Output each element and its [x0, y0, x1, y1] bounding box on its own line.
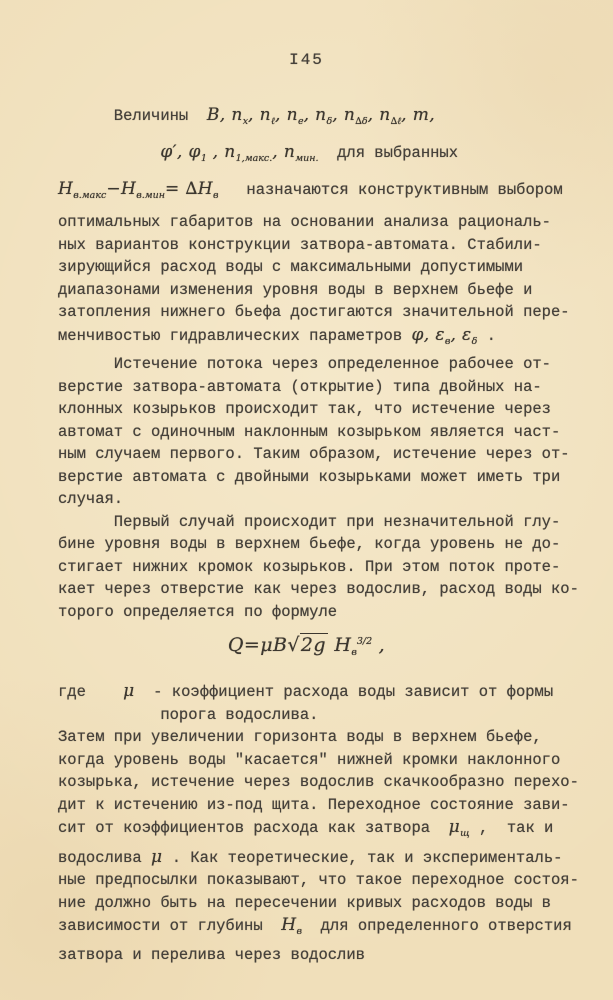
typewriter-text: козырька, истечение через водослив скачк…: [58, 773, 579, 791]
typewriter-text: автомат с одиночным наклонным козырьком …: [58, 423, 560, 441]
typewriter-text: где: [58, 683, 123, 701]
math-symbol: , nδ: [304, 105, 333, 125]
math-symbol: Hв3/2: [328, 634, 372, 656]
text-line: верстие автомата с двойными козырьками м…: [58, 466, 613, 489]
typewriter-text: ных вариантов конструкции затвора-автома…: [58, 236, 542, 254]
text-line: кает через отверстие как через водослив,…: [58, 578, 613, 601]
typewriter-text: дит к истечению из-под щита. Переходное …: [58, 796, 570, 814]
text-line: козырька, истечение через водослив скачк…: [58, 771, 613, 794]
math-symbol: = ∆Hв: [165, 179, 218, 199]
math-symbol: , n∆ℓ: [368, 105, 402, 125]
text-line: φ′, φ1 , n1,макс., nмин. для выбранных: [58, 137, 613, 174]
math-symbol: μ: [151, 847, 162, 867]
text-line: клонных козырьков происходит так, что ис…: [58, 398, 613, 421]
typewriter-text: для выбранных: [319, 144, 459, 162]
math-symbol: φ, εв: [411, 325, 450, 345]
typewriter-text: ные предпосылки показывают, что такое пе…: [58, 871, 579, 889]
text-line: диапазонами изменения уровня воды в верх…: [58, 279, 613, 302]
text-line: затвора и перелива через водослив: [58, 944, 613, 967]
typewriter-text: оптимальных габаритов на основании анали…: [58, 213, 551, 231]
text-line: ние должно быть на пересечении кривых ра…: [58, 892, 613, 915]
typewriter-text: Истечение потока через определенное рабо…: [58, 355, 551, 373]
text-line: ные предпосылки показывают, что такое пе…: [58, 869, 613, 892]
typewriter-text: , так и: [470, 819, 554, 837]
math-symbol: , ne: [275, 105, 304, 125]
typewriter-text: зависимости от глубины: [58, 917, 281, 935]
math-symbol: , εδ: [450, 325, 477, 345]
text-line: ным случаем первого. Таким образом, исте…: [58, 443, 613, 466]
text-line: торого определяется по формуле: [58, 601, 613, 624]
typewriter-text: сит от коэффициентов расхода как затвора: [58, 819, 449, 837]
typewriter-text: бине уровня воды в верхнем бьефе, когда …: [58, 535, 560, 553]
typewriter-text: клонных козырьков происходит так, что ис…: [58, 400, 551, 418]
typewriter-text: .: [477, 327, 496, 345]
text-line: зависимости от глубины Hв для определенн…: [58, 914, 613, 944]
math-symbol: μ: [123, 681, 134, 701]
text-line: зирующийся расход воды с максимальными д…: [58, 256, 613, 279]
text-line: водослива μ . Как теоретические, так и э…: [58, 846, 613, 870]
math-symbol: , nℓ: [248, 105, 275, 125]
typewriter-text: торого определяется по формуле: [58, 603, 337, 621]
text-line: затопления нижнего бьефа достигаются зна…: [58, 301, 613, 324]
typewriter-text: зирующийся расход воды с максимальными д…: [58, 258, 523, 276]
text-line: сит от коэффициентов расхода как затвора…: [58, 816, 613, 846]
typewriter-text: верстие автомата с двойными козырьками м…: [58, 468, 560, 486]
text-line: случая.: [58, 488, 613, 511]
typewriter-text: . Как теоретические, так и экспериментал…: [162, 849, 562, 867]
text-line: менчивостью гидравлических параметров φ,…: [58, 324, 613, 354]
text-line: порога водослива.: [58, 704, 613, 727]
text-line: стигает нижних кромок козырьков. При это…: [58, 556, 613, 579]
typewriter-text: кает через отверстие как через водослив,…: [58, 580, 579, 598]
typewriter-text: менчивостью гидравлических параметров: [58, 327, 411, 345]
text-line: Величины В, nx, nℓ, ne, nδ, n∆δ, n∆ℓ, m,: [58, 100, 613, 137]
text-line: Первый случай происходит при незначитель…: [58, 511, 613, 534]
text-line: оптимальных габаритов на основании анали…: [58, 211, 613, 234]
text-line: бине уровня воды в верхнем бьефе, когда …: [58, 533, 613, 556]
typewriter-text: случая.: [58, 490, 123, 508]
text-line: когда уровень воды "касается" нижней кро…: [58, 749, 613, 772]
typewriter-text: стигает нижних кромок козырьков. При это…: [58, 558, 560, 576]
math-symbol: Hв: [281, 915, 302, 935]
typewriter-text: Первый случай происходит при незначитель…: [58, 513, 560, 531]
text-block: Величины В, nx, nℓ, ne, nδ, n∆δ, n∆ℓ, m,…: [58, 100, 613, 966]
math-symbol: φ′, φ1: [160, 142, 207, 162]
math-symbol: μщ: [449, 817, 470, 837]
text-line: автомат с одиночным наклонным козырьком …: [58, 421, 613, 444]
typewriter-text: [58, 144, 160, 162]
typewriter-text: затопления нижнего бьефа достигаются зна…: [58, 303, 570, 321]
typewriter-text: когда уровень воды "касается" нижней кро…: [58, 751, 560, 769]
math-symbol: , n1,макс.: [207, 142, 272, 162]
text-line: где μ - коэффициент расхода воды зависит…: [58, 680, 613, 704]
typewriter-text: назначаются конструктивным выбором: [219, 181, 563, 199]
text-line: ных вариантов конструкции затвора-автома…: [58, 234, 613, 257]
math-symbol: −Hв.мин: [106, 179, 165, 199]
typewriter-text: Затем при увеличении горизонта воды в ве…: [58, 728, 542, 746]
typewriter-text: порога водослива.: [58, 706, 318, 724]
math-symbol: ,: [372, 634, 385, 656]
math-symbol: , nмин.: [272, 142, 318, 162]
page-number: I45: [58, 50, 555, 70]
math-symbol: Hв.макс: [58, 179, 106, 199]
math-symbol: √2g: [287, 633, 328, 656]
formula: Q=μB√2g Hв3/2 ,: [58, 628, 555, 667]
typewriter-text: ние должно быть на пересечении кривых ра…: [58, 894, 551, 912]
math-symbol: , m,: [401, 105, 435, 125]
typewriter-text: диапазонами изменения уровня воды в верх…: [58, 281, 532, 299]
text-line: Истечение потока через определенное рабо…: [58, 353, 613, 376]
text-line: верстие затвора-автомата (открытие) типа…: [58, 376, 613, 399]
typewriter-text: ным случаем первого. Таким образом, исте…: [58, 445, 570, 463]
document-page: I45 Величины В, nx, nℓ, ne, nδ, n∆δ, n∆ℓ…: [0, 0, 613, 1000]
math-symbol: В, nx: [207, 105, 248, 125]
typewriter-text: верстие затвора-автомата (открытие) типа…: [58, 378, 542, 396]
math-symbol: Q=μB: [228, 634, 287, 656]
text-line: Hв.макс−Hв.мин= ∆Hв назначаются конструк…: [58, 174, 613, 211]
typewriter-text: водослива: [58, 849, 151, 867]
text-line: Затем при увеличении горизонта воды в ве…: [58, 726, 613, 749]
math-symbol: , n∆δ: [332, 105, 367, 125]
typewriter-text: для определенного отверстия: [302, 917, 572, 935]
typewriter-text: Величины: [58, 107, 207, 125]
typewriter-text: затвора и перелива через водослив: [58, 946, 365, 964]
text-line: дит к истечению из-под щита. Переходное …: [58, 794, 613, 817]
typewriter-text: - коэффициент расхода воды зависит от фо…: [135, 683, 554, 701]
